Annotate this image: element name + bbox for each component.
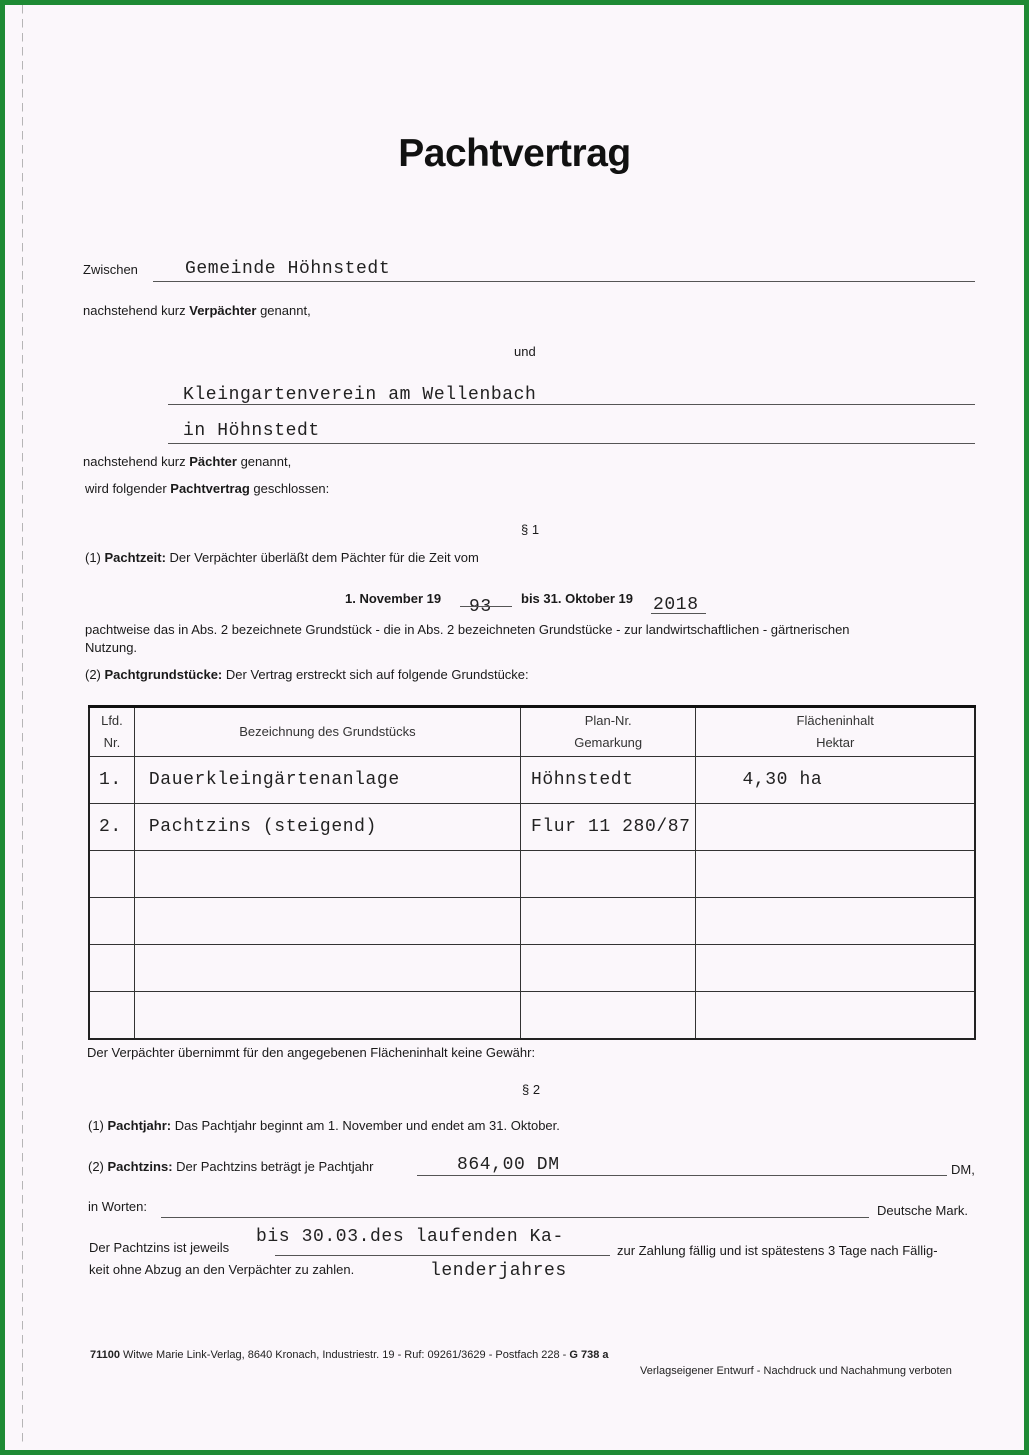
faellig-value-line2[interactable]: lenderjahres [430,1261,567,1281]
cell-lfd-nr[interactable] [89,851,134,898]
in-worten-suffix: Deutsche Mark. [877,1203,968,1218]
contract-word: Pachtvertrag [170,481,249,496]
grundstuecke-table: Lfd.Nr. Bezeichnung des Grundstücks Plan… [88,705,976,1040]
cell-plan-nr[interactable] [520,945,696,992]
start-prefix: 1. November 19 [345,591,441,606]
cell-lfd-nr[interactable] [89,898,134,945]
usage-text-line2: Nutzung. [85,640,137,655]
pachtjahr-label: Pachtjahr: [108,1118,172,1133]
cell-flaeche[interactable] [696,992,975,1040]
cell-bezeichnung[interactable] [134,851,520,898]
contract-line-post: geschlossen: [253,481,329,496]
start-year[interactable]: 93 [469,597,492,617]
cell-flaeche[interactable] [696,898,975,945]
faellig-pre: Der Pachtzins ist jeweils [89,1240,229,1255]
pachtjahr-text: Das Pachtjahr beginnt am 1. November und… [175,1118,560,1133]
paechter-line-post: genannt, [241,454,292,469]
cell-lfd-nr[interactable]: 2. [89,804,134,851]
section1-p2: (2) Pachtgrundstücke: Der Vertrag erstre… [85,667,529,682]
cell-plan-nr[interactable] [520,851,696,898]
pachtzins-amount[interactable]: 864,00 DM [457,1155,560,1175]
cell-lfd-nr[interactable] [89,945,134,992]
cell-bezeichnung[interactable]: Dauerkleingärtenanlage [134,757,520,804]
in-worten-label: in Worten: [88,1199,147,1214]
verpaechter-underline [153,281,975,282]
section1-heading: § 1 [521,522,539,537]
currency-suffix: DM, [951,1162,975,1177]
table-row: 2.Pachtzins (steigend)Flur 11 280/87 [89,804,975,851]
paechter-role: Pächter [189,454,237,469]
paechter-line-pre: nachstehend kurz [83,454,186,469]
table-row: 1.DauerkleingärtenanlageHöhnstedt4,30 ha [89,757,975,804]
faellig-value-line1[interactable]: bis 30.03.des laufenden Ka- [256,1227,564,1247]
end-prefix: bis 31. Oktober 19 [521,591,633,606]
table-row [89,992,975,1040]
table-row [89,898,975,945]
paechter-name-line1[interactable]: Kleingartenverein am Wellenbach [183,385,536,405]
verpaechter-line-pre: nachstehend kurz [83,303,186,318]
header-lfd-nr: Lfd.Nr. [89,707,134,757]
zwischen-label: Zwischen [83,262,138,277]
amount-underline [417,1175,947,1176]
table-row [89,851,975,898]
cell-bezeichnung[interactable] [134,945,520,992]
cell-lfd-nr[interactable] [89,992,134,1040]
verpaechter-name[interactable]: Gemeinde Höhnstedt [185,259,390,279]
pachtzins-label: Pachtzins: [108,1159,173,1174]
footer-notice: Verlagseigener Entwurf - Nachdruck und N… [640,1365,952,1377]
cell-flaeche[interactable] [696,851,975,898]
publisher-text: Witwe Marie Link-Verlag, 8640 Kronach, I… [123,1349,566,1361]
cell-plan-nr[interactable] [520,898,696,945]
scan-margin-line [22,5,23,1445]
paechter-underline-1 [168,404,975,405]
paechter-name-line2[interactable]: in Höhnstedt [183,421,320,441]
verpaechter-role: Verpächter [189,303,256,318]
contract-line: wird folgender Pachtvertrag geschlossen: [85,481,329,496]
form-code: G 738 a [569,1349,608,1361]
p2-num: (2) [85,667,101,682]
usage-text-line1: pachtweise das in Abs. 2 bezeichnete Gru… [85,622,850,637]
pachtzeit-label: Pachtzeit: [105,550,166,565]
faellig-underline [275,1255,610,1256]
end-year-underline [651,613,706,614]
pachtgrundstuecke-text: Der Vertrag erstreckt sich auf folgende … [226,667,529,682]
document-page: Pachtvertrag Zwischen Gemeinde Höhnstedt… [5,5,1024,1450]
cell-flaeche[interactable] [696,945,975,992]
section2-p1: (1) Pachtjahr: Das Pachtjahr beginnt am … [88,1118,560,1133]
contract-line-pre: wird folgender [85,481,167,496]
verpaechter-line: nachstehend kurz Verpächter genannt, [83,303,311,318]
paechter-line: nachstehend kurz Pächter genannt, [83,454,291,469]
s2-p1-num: (1) [88,1118,104,1133]
document-title: Pachtvertrag [5,132,1024,176]
table-row [89,945,975,992]
faellig-post: zur Zahlung fällig und ist spätestens 3 … [617,1243,938,1258]
cell-flaeche[interactable] [696,804,975,851]
section1-p1: (1) Pachtzeit: Der Verpächter überläßt d… [85,550,479,565]
paechter-underline-2 [168,443,975,444]
cell-lfd-nr[interactable]: 1. [89,757,134,804]
pachtzeit-text: Der Verpächter überläßt dem Pächter für … [170,550,479,565]
header-plan-nr: Plan-Nr.Gemarkung [520,707,696,757]
p1-num: (1) [85,550,101,565]
und-label: und [514,344,536,359]
in-worten-underline [161,1217,869,1218]
form-number: 71100 [90,1349,120,1361]
cell-flaeche[interactable]: 4,30 ha [696,757,975,804]
cell-bezeichnung[interactable] [134,898,520,945]
section2-p2: (2) Pachtzins: Der Pachtzins beträgt je … [88,1159,373,1174]
s2-p2-num: (2) [88,1159,104,1174]
header-bezeichnung: Bezeichnung des Grundstücks [134,707,520,757]
cell-plan-nr[interactable] [520,992,696,1040]
table-header-row: Lfd.Nr. Bezeichnung des Grundstücks Plan… [89,707,975,757]
end-year[interactable]: 2018 [653,595,699,615]
section2-heading: § 2 [522,1082,540,1097]
start-year-underline [460,606,512,607]
footer-publisher: 71100 Witwe Marie Link-Verlag, 8640 Kron… [90,1349,609,1361]
disclaimer-text: Der Verpächter übernimmt für den angegeb… [87,1045,535,1060]
header-flaeche: FlächeninhaltHektar [696,707,975,757]
verpaechter-line-post: genannt, [260,303,311,318]
cell-plan-nr[interactable]: Höhnstedt [520,757,696,804]
pachtgrundstuecke-label: Pachtgrundstücke: [105,667,223,682]
faellig-line2: keit ohne Abzug an den Verpächter zu zah… [89,1262,354,1277]
cell-bezeichnung[interactable] [134,992,520,1040]
pachtzins-text: Der Pachtzins beträgt je Pachtjahr [176,1159,373,1174]
cell-plan-nr[interactable]: Flur 11 280/87 [520,804,696,851]
cell-bezeichnung[interactable]: Pachtzins (steigend) [134,804,520,851]
usage-text: pachtweise das in Abs. 2 bezeichnete Gru… [85,621,977,657]
